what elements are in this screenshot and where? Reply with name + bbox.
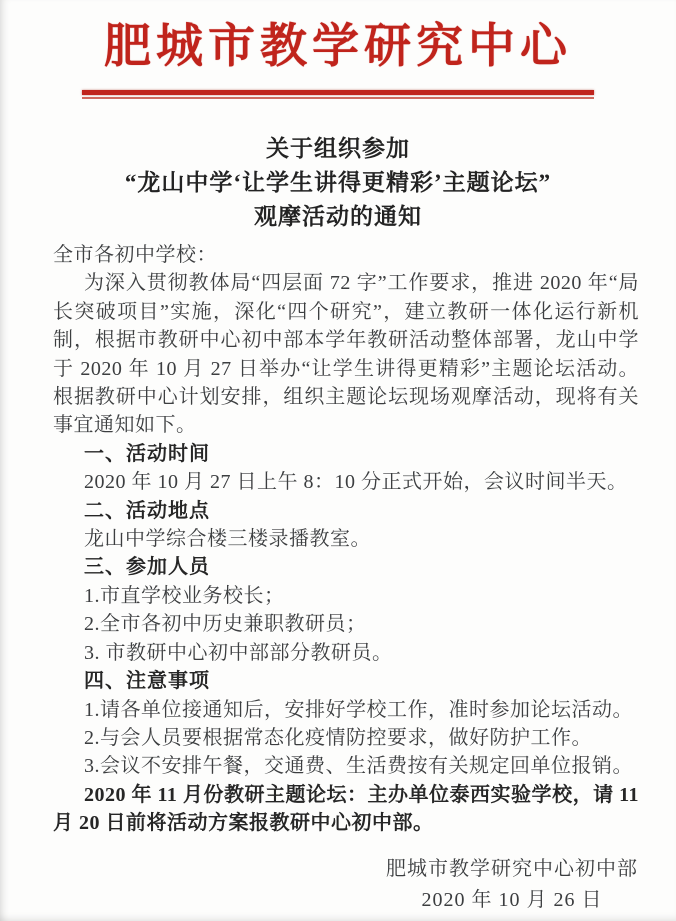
signature-date: 2020 年 10 月 26 日 (386, 885, 638, 916)
closing-paragraph: 2020 年 11 月份教研主题论坛：主办单位泰西实验学校，请 11 月 20 … (53, 781, 639, 838)
title-line-1: 关于组织参加 (0, 132, 676, 166)
section-3-item-2: 2.全市各初中历史兼职教研员； (53, 610, 639, 638)
signature-org: 肥城市教学研究中心初中部 (386, 854, 638, 885)
notice-document: 肥城市教学研究中心 关于组织参加 “龙山中学‘让学生讲得更精彩’主题论坛” 观摩… (0, 0, 676, 921)
salutation: 全市各初中学校： (53, 241, 639, 269)
notice-body: 全市各初中学校： 为深入贯彻教体局“四层面 72 字”工作要求，推进 2020 … (0, 241, 676, 838)
letterhead-divider (82, 90, 594, 99)
document-title: 关于组织参加 “龙山中学‘让学生讲得更精彩’主题论坛” 观摩活动的通知 (0, 132, 676, 234)
letterhead-title: 肥城市教学研究中心 (0, 0, 676, 77)
section-2-heading: 二、活动地点 (53, 497, 639, 525)
title-line-2: “龙山中学‘让学生讲得更精彩’主题论坛” (0, 166, 676, 200)
section-4-item-1: 1.请各单位接通知后，安排好学校工作，准时参加论坛活动。 (53, 696, 639, 724)
section-1-line: 2020 年 10 月 27 日上午 8：10 分正式开始，会议时间半天。 (53, 468, 639, 496)
section-1-heading: 一、活动时间 (53, 440, 639, 468)
signature-block: 肥城市教学研究中心初中部 2020 年 10 月 26 日 (0, 854, 676, 916)
section-2-line: 龙山中学综合楼三楼录播教室。 (53, 525, 639, 553)
divider-thick-line (82, 90, 594, 95)
section-3-item-1: 1.市直学校业务校长； (53, 582, 639, 610)
divider-thin-line (82, 97, 594, 99)
section-3-heading: 三、参加人员 (53, 553, 639, 581)
section-3-item-3: 3. 市教研中心初中部部分教研员。 (53, 639, 639, 667)
intro-paragraph: 为深入贯彻教体局“四层面 72 字”工作要求，推进 2020 年“局长突破项目”… (53, 269, 639, 439)
section-4-item-2: 2.与会人员要根据常态化疫情防控要求，做好防护工作。 (53, 724, 639, 752)
title-line-3: 观摩活动的通知 (0, 200, 676, 234)
section-4-heading: 四、注意事项 (53, 667, 639, 695)
section-4-item-3: 3.会议不安排午餐，交通费、生活费按有关规定回单位报销。 (53, 752, 639, 780)
